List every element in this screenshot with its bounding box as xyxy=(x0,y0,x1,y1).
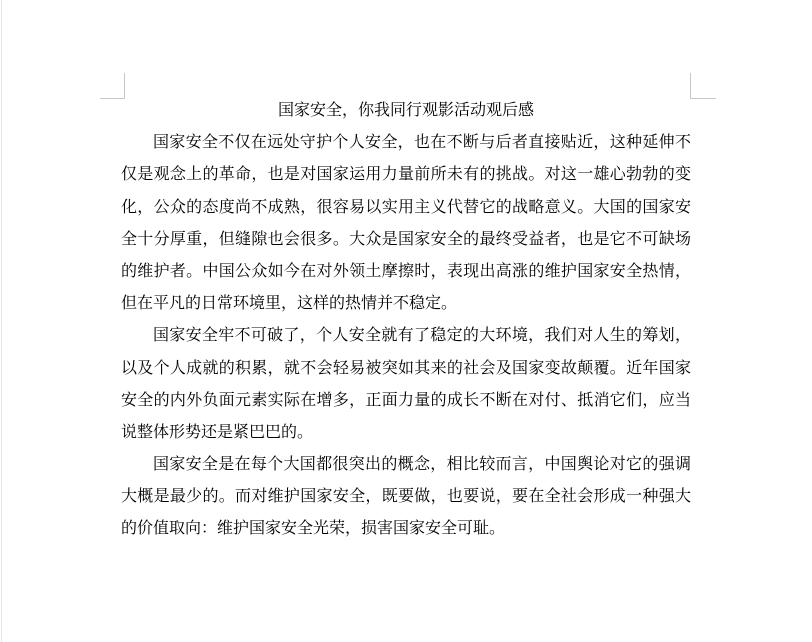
text-line[interactable]: 国家安全不仅在远处守护个人安全，也在不断与后者直接贴近，这种延伸不 xyxy=(121,127,691,159)
text-line[interactable]: 大概是最少的。而对维护国家安全，既要做，也要说，要在全社会形成一种强大 xyxy=(121,481,691,513)
text-line[interactable]: 的价值取向：维护国家安全光荣，损害国家安全可耻。 xyxy=(121,513,691,545)
document-text-area[interactable]: 国家安全，你我同行观影活动观后感 国家安全不仅在远处守护个人安全，也在不断与后者… xyxy=(121,95,691,546)
document-page: 国家安全，你我同行观影活动观后感 国家安全不仅在远处守护个人安全，也在不断与后者… xyxy=(0,0,812,642)
text-line[interactable]: 国家安全牢不可破了，个人安全就有了稳定的大环境，我们对人生的筹划， xyxy=(121,320,691,352)
page-left-edge-line xyxy=(1,0,2,642)
margin-mark-top-right-horizontal xyxy=(690,98,716,99)
text-line[interactable]: 安全的内外负面元素实际在增多，正面力量的成长不断在对付、抵消它们，应当 xyxy=(121,385,691,417)
text-line[interactable]: 全十分厚重，但缝隙也会很多。大众是国家安全的最终受益者，也是它不可缺场 xyxy=(121,224,691,256)
text-line[interactable]: 国家安全是在每个大国都很突出的概念，相比较而言，中国舆论对它的强调 xyxy=(121,449,691,481)
text-line[interactable]: 以及个人成就的积累，就不会轻易被突如其来的社会及国家变故颠覆。近年国家 xyxy=(121,353,691,385)
text-line[interactable]: 但在平凡的日常环境里，这样的热情并不稳定。 xyxy=(121,288,691,320)
text-line[interactable]: 的维护者。中国公众如今在对外领土摩擦时，表现出高涨的维护国家安全热情， xyxy=(121,256,691,288)
text-line[interactable]: 仅是观念上的革命，也是对国家运用力量前所未有的挑战。对这一雄心勃勃的变 xyxy=(121,159,691,191)
document-title[interactable]: 国家安全，你我同行观影活动观后感 xyxy=(121,95,691,127)
text-line[interactable]: 说整体形势还是紧巴巴的。 xyxy=(121,417,691,449)
text-line[interactable]: 化，公众的态度尚不成熟，很容易以实用主义代替它的战略意义。大国的国家安 xyxy=(121,192,691,224)
